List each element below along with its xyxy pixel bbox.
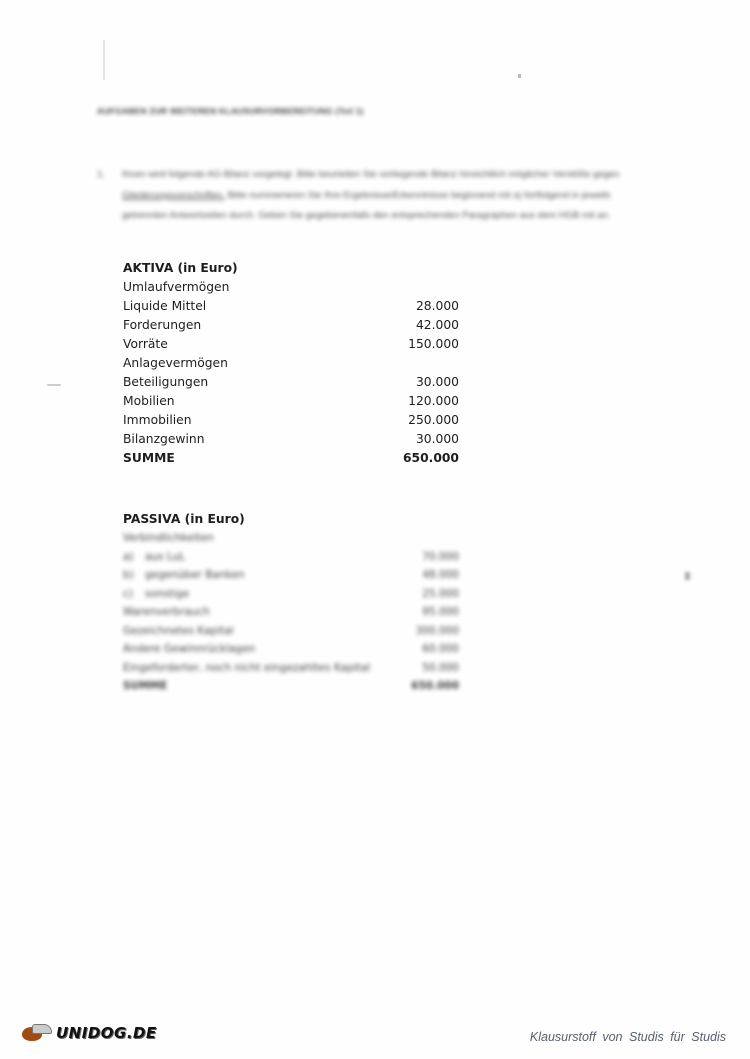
unidog-logo[interactable]: UNIDOG.DE: [22, 1024, 157, 1042]
row-value: 60.000: [422, 640, 459, 659]
row-label: Eingeforderter, noch nicht eingezahltes …: [123, 659, 370, 678]
aktiva-row: Bilanzgewinn30.000: [123, 430, 459, 449]
row-value: 30.000: [416, 373, 459, 392]
row-letter: a): [123, 548, 145, 567]
passiva-row: Gezeichnetes Kapital300.000: [123, 622, 459, 641]
aktiva-row: Umlaufvermögen: [123, 278, 459, 297]
passiva-row: c)sonstige25.000: [123, 585, 459, 604]
passiva-table: PASSIVA (in Euro) Verbindlichkeiten a)au…: [123, 510, 459, 696]
row-label: Mobilien: [123, 392, 175, 411]
row-value: 48.000: [422, 566, 459, 585]
row-label: Warenverbrauch: [123, 603, 210, 622]
row-value: 25.000: [422, 585, 459, 604]
scan-artifact: [103, 40, 105, 80]
scan-artifact: [518, 74, 521, 78]
passiva-total-row: SUMME 650.000: [123, 677, 459, 696]
passiva-row: Warenverbrauch95.000: [123, 603, 459, 622]
aktiva-row: Beteiligungen30.000: [123, 373, 459, 392]
row-label: Bilanzgewinn: [123, 430, 205, 449]
aktiva-row: Mobilien120.000: [123, 392, 459, 411]
task-number: 1.: [97, 165, 105, 186]
aktiva-row: Anlagevermögen: [123, 354, 459, 373]
row-label: Forderungen: [123, 316, 201, 335]
row-value: 50.000: [422, 659, 459, 678]
row-label: Umlaufvermögen: [123, 278, 229, 297]
row-label: Vorräte: [123, 335, 168, 354]
row-label: Liquide Mittel: [123, 297, 206, 316]
row-label: aus LuL: [145, 548, 185, 567]
row-value: 42.000: [416, 316, 459, 335]
document-heading: AUFGABEN ZUR WEITEREN KLAUSURVORBEREITUN…: [97, 106, 364, 116]
passiva-row: Andere Gewinnrücklagen60.000: [123, 640, 459, 659]
aktiva-title: AKTIVA (in Euro): [123, 259, 459, 278]
row-value: 28.000: [416, 297, 459, 316]
underlined-term: Gliederungsvorschriften.: [122, 190, 225, 201]
passiva-row: b)gegenüber Banken48.000: [123, 566, 459, 585]
aktiva-total-row: SUMME 650.000: [123, 449, 459, 468]
row-value: 150.000: [408, 335, 459, 354]
row-label: gegenüber Banken: [145, 566, 244, 585]
aktiva-row: Vorräte150.000: [123, 335, 459, 354]
row-label: Beteiligungen: [123, 373, 208, 392]
row-label: Anlagevermögen: [123, 354, 228, 373]
task-text: Ihnen wird folgende AG-Bilanz vorgelegt.…: [122, 165, 627, 227]
scan-artifact: [685, 572, 690, 580]
passiva-row: Eingeforderter, noch nicht eingezahltes …: [123, 659, 459, 678]
passiva-row: a)aus LuL70.000: [123, 548, 459, 567]
row-value: 70.000: [422, 548, 459, 567]
aktiva-row: Liquide Mittel28.000: [123, 297, 459, 316]
row-label: Immobilien: [123, 411, 192, 430]
row-letter: c): [123, 585, 145, 604]
scan-artifact: [47, 384, 61, 386]
row-label: Gezeichnetes Kapital: [123, 622, 234, 641]
passiva-title: PASSIVA (in Euro): [123, 510, 459, 529]
row-value: 30.000: [416, 430, 459, 449]
row-value: 95.000: [422, 603, 459, 622]
aktiva-table: AKTIVA (in Euro) UmlaufvermögenLiquide M…: [123, 259, 459, 468]
row-value: 250.000: [408, 411, 459, 430]
row-label: Andere Gewinnrücklagen: [123, 640, 255, 659]
row-value: 120.000: [408, 392, 459, 411]
snail-dog-logo-icon: [22, 1024, 50, 1042]
aktiva-row: Forderungen42.000: [123, 316, 459, 335]
footer-tagline: Klausurstoff von Studis für Studis: [530, 1030, 726, 1044]
row-value: 300.000: [416, 622, 459, 641]
logo-text: UNIDOG.DE: [56, 1024, 157, 1042]
task-1: 1. Ihnen wird folgende AG-Bilanz vorgele…: [97, 165, 627, 227]
row-letter: b): [123, 566, 145, 585]
row-label: sonstige: [145, 585, 189, 604]
passiva-group-label: Verbindlichkeiten: [123, 529, 459, 548]
aktiva-row: Immobilien250.000: [123, 411, 459, 430]
